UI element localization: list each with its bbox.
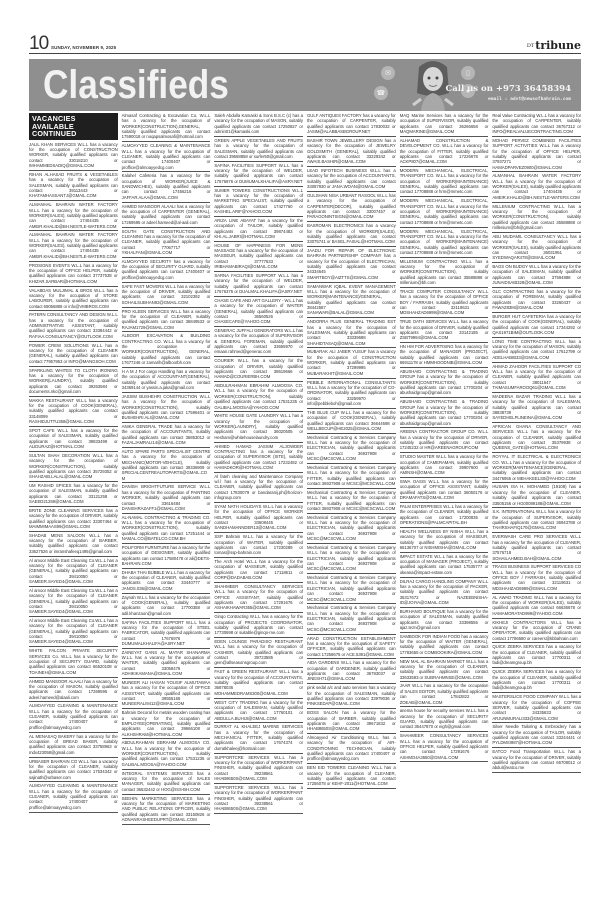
classified-ad: ROYYAL IT ELECTRICAL & ELECTRONICS CO. W… [492, 453, 581, 483]
classified-ad: MODERN MECHANICAL, ELECTRICAL, TRANSPORT… [400, 167, 489, 197]
classified-ad: FAST & GREEN RESTAURANT W.L.L has a vaca… [214, 668, 303, 698]
classified-ad: IMPACT ESTATE W.L.L has a vacancy for th… [400, 553, 489, 578]
classified-ad: Mechanical Contracting & Services Compan… [307, 489, 396, 514]
section-title-line1: VACANCIES AVAILABLE [32, 115, 115, 130]
classified-ad: TRACE COMPUTER CONSULTANCY W.L.L has a v… [400, 288, 489, 318]
classified-ad: Zaynah W.L.L has a vacancy for the occup… [122, 594, 211, 619]
classified-ad: MAQ Marine Services has a vacancy for th… [400, 113, 489, 137]
column-3: Saleh Abdulla Kamaski & Sons B.S.C (c) h… [214, 113, 303, 833]
classified-ad: Al amoor Middle East Cleaning Co.W.L.L h… [29, 617, 118, 647]
classified-ad: AL AWAD TRADING W.L.L has a vacancy for … [492, 594, 581, 619]
classified-ad: Kalahel Cafeteria has a vacancy for the … [122, 172, 211, 202]
classified-ad: SUPPORTCRE SERVICES W.L.L has a vacancy … [214, 754, 303, 784]
classified-ad: BASHIR TOWN JEWELLERY DESIGN has a vacan… [307, 137, 396, 167]
classified-ad: Al amoor Middle East Cleaning Co.W.L.L h… [29, 557, 118, 587]
classified-ad: HUSAIN ISA H. MOHAMED (19108) has a vaca… [492, 483, 581, 508]
classified-ad: COURIER W.L.L has a vacancy for the occu… [214, 357, 303, 382]
classified-ad: WHITE HOUSE GATE LAUNDRY W.L.L has a vac… [214, 412, 303, 442]
classified-ad: MOHAD PERVEZ COMBINED FACILITIES SUPPORT… [492, 137, 581, 173]
classified-ad: ANDORRA PLUS GENERAL TRADING EST has a v… [307, 318, 396, 348]
classified-ad: SARNA FACILITIES SUPPORT W.L.L has a vac… [214, 272, 303, 297]
classified-ad: VALABDAS MULJIMAL & BROS W.L.L has a vac… [29, 287, 118, 312]
classified-ad: The Arch Hotel W.L.L has a vacancy for t… [214, 558, 303, 583]
classified-ad: Mechanical Contracting & Services Compan… [307, 434, 396, 464]
classified-ad: Ginqo Contracting W.L.L has a vacancy fo… [214, 613, 303, 638]
classified-ad: LEAD INFOTECH BUSINESS W.L.L has a vacan… [307, 167, 396, 192]
classified-ad: anema house for security services W.L.L … [400, 707, 489, 732]
classified-ad: PEBBLE INTERNATIONAL CONSULTANTS W.L.L h… [307, 379, 396, 409]
classified-ad: Bahrain Decoral for metals wooden coatin… [122, 709, 211, 739]
classified-ad: WHITE FALCON PRIVATE SECURITY SERVICES C… [29, 647, 118, 677]
classified-ad: NEW MAL AL BAHRAIN MARKET W.L.L has a va… [400, 658, 489, 683]
classified-ad: Al amoor Middle East Cleaning Co.W.L.L h… [29, 587, 118, 617]
classified-ad: BRITE ZONE CLEANING SERVICES has a vacan… [29, 507, 118, 532]
ad-list: Almasaf Contracting & Excavation Co. W.L… [122, 113, 211, 825]
classified-ad: ALMANHAL BAHRAIN WATER FACTORY W.L.L has… [29, 201, 118, 231]
classified-ad: Saleh Abdulla Kamaski & Sons B.S.C (c) h… [214, 113, 303, 137]
page-date: SUNDAY, NOVEMBER 9, 2025 [51, 45, 116, 50]
classified-ad: DILRAJ CARGO HANDLING COMPANY W.L.L has … [400, 578, 489, 608]
classified-ad: KIKHEJI CONTRACTORS W.L.L has a vacancy … [492, 619, 581, 644]
classified-ad: SOUTH GATE CONSTRUCTION AND CLEANING has… [122, 228, 211, 258]
classified-ad: Almasaf Contracting & Excavation Co. W.L… [122, 113, 211, 142]
classified-ad: AHMED HAMAD JASSIM ALJOWDER CONTRACTING … [214, 443, 303, 473]
classified-ad: WEST CITY TRADING has a vacancy for the … [214, 699, 303, 724]
classified-ad: SEEHIN MARKETING SERVICES has a vacancy … [122, 795, 211, 825]
classified-ad: Mechanical Contracting & Services Compan… [307, 544, 396, 574]
classified-ad: AHMAD ZAHOOR FACILITIES SUPPORT CO W.L.L… [492, 363, 581, 393]
classified-ad: SHADAB MENS SALOON W.L.L has a vacancy f… [29, 532, 118, 557]
classified-ad: GULF ANTIQUES FACTORY has a vacancy for … [307, 113, 396, 137]
section-heading: VACANCIES AVAILABLE CONTINUED [29, 113, 118, 140]
classified-ad: GREEN APPLE VEGETABLES AND FRUITS has a … [214, 137, 303, 162]
classified-ad: RIHAN ALHASAD FRUITS & VEGETABLES has a … [29, 171, 118, 201]
classified-ad: GLC CONTRACTING has a vacancy for the oc… [492, 288, 581, 313]
classified-ad: SAMANWAR IQBAL EVENT MANAGEMENT W.L.L ha… [307, 283, 396, 319]
classified-ad: SSP Bahrain W.L.L has a vacancy for the … [214, 533, 303, 558]
classified-ad: JASSIM BUSHEHRI CONSTRUCTION W.L.L has a… [122, 393, 211, 423]
classified-ad: AUTO SPARE PARTS SPECIALIST CENTRE has a… [122, 448, 211, 484]
classified-ad: ALMOAYYED CLEANING & MAINTENANCE W.L.L h… [122, 142, 211, 172]
classified-ad: BOSS SALON has a vacancy for the occupat… [307, 709, 396, 734]
classifieds-banner: Classifieds ✉ ☎ ▯ ● Call us on +973 3645… [29, 59, 581, 111]
classified-ad: DHABA THAI BUBBLE W.L.L has a vacancy fo… [122, 569, 211, 594]
classified-ad: SYAM NATH HOLIDAYS W.L.L has a vacancy f… [214, 503, 303, 533]
classified-ad: SULTAN SHAH DECORATION W.L.L has a vacan… [29, 452, 118, 482]
classified-ad: MASTERSLICE FOOD COMPANY W.L.L has a vac… [492, 693, 581, 723]
call-us-text: Call us on +973 36458394 [445, 84, 571, 94]
phone-icon: ☎ [374, 86, 388, 100]
column-2: Almasaf Contracting & Excavation Co. W.L… [122, 113, 211, 833]
classified-ad: QUICK ZEBRA SERVICES has a vacancy for t… [492, 643, 581, 668]
column-6: Real Value Contracting W.L.L has a vacan… [492, 113, 581, 833]
classified-ad: ABUSHAID CONTRACTING & TRADING GROUP has… [400, 398, 489, 428]
classified-ad: Almoayyed Air Conditioning W.L.L has a v… [307, 734, 396, 764]
classified-ad: Al fateh cleaning and Maintenance Compan… [214, 473, 303, 503]
column-5: MAQ Marine Services has a vacancy for th… [400, 113, 489, 833]
classified-ad: AL-NAMAL CONTRACTING & TRADING CO. W.L.L… [122, 514, 211, 544]
classified-ad: ABDULRAHMAN EBRAHIM ALMOOSA CO. W.L.L ha… [122, 739, 211, 769]
classified-ad: POWER CREW SOLUTIONS W.L.L has a vacancy… [29, 342, 118, 367]
classified-ad: SAFINA FACILITIES SUPPORT W.L.L has a va… [122, 619, 211, 649]
classified-ad: MILLENIUM CONTRACTING W.L.L has a vacanc… [492, 203, 581, 233]
classified-ad: STUDIO MASTER W.L.L has a vacancy for th… [400, 453, 489, 478]
classified-ad: JAADU FOR REPAIR OF ELECTRONIC BAHRAIN P… [307, 247, 396, 283]
classified-ad: SAMBOOK FOR INDIAN FOOD has a vacancy fo… [400, 633, 489, 658]
classified-ad: SHAHMEER CONSULTANCY SERVICES W.L.L has … [214, 583, 303, 613]
classified-ad: MODERN MECHANICAL, ELECTRICAL, TRANSPORT… [400, 228, 489, 258]
classified-ad: DURRAT AL KHALEEJ MARINE SERVICES has a … [214, 723, 303, 753]
classified-ad: ABDULRAHMAN EBRAHIM ALMOOSA CO. W.L.L ha… [214, 382, 303, 412]
brand-prefix: DT [527, 43, 534, 49]
classified-ad: URBASER BAHRAIN CO W.L.L has a vacancy f… [29, 758, 118, 783]
section-title-line2: CONTINUED [32, 130, 115, 138]
classified-ad: ANIKA GENERAL TRADE has a vacancy for th… [122, 423, 211, 448]
classified-ad: Silver Needle Tailoring & Embroidery has… [492, 723, 581, 748]
brand-logo: DTtribune [527, 39, 581, 52]
classified-ad: Mechanical Contracting & Services Compan… [307, 514, 396, 544]
classified-ad: PATERN CONSULTANCY AND DESIGN W.L.L has … [29, 311, 118, 341]
classified-ad: ABUSHAID CONTRACTING & TRADING GROUP has… [400, 368, 489, 398]
classified-ad: SPARKLING WHITES TO CLOTH IRONING has a … [29, 367, 118, 397]
classified-ad: H A M J For cargo Handling has a vacancy… [122, 368, 211, 393]
classified-ad: ABU MUDAMIL CONSULTANCY W.L.L has a vaca… [492, 233, 581, 263]
classified-ad: ALHAMAD CONSTRUCTION & DEVELOPMENT CO. W… [400, 137, 489, 167]
classified-ad: SUMER TOWERS CONSTRUCTIONS W.L.L has a v… [214, 187, 303, 217]
ad-list: JALIL KHAN SERVICES W.L.L has a vacancy … [29, 142, 118, 813]
classified-ad: ALBOOR EXCAVATION & BUILDING CONTRACTING… [122, 332, 211, 368]
classified-ad: MADEENA BAZAR TRADING W.L.L has a vacanc… [492, 393, 581, 423]
classified-ad: SUPPORTCRE SERVICES W.L.L has a vacancy … [214, 784, 303, 814]
classified-ad: POLIFORM FURNITURE has a vacancy for the… [122, 544, 211, 569]
classified-ad: DANISH BRIGHTFUTURE SERVICE W.L.L has a … [122, 483, 211, 513]
classified-ad: Mechanical Contracting & Services Compan… [307, 464, 396, 489]
classified-ad: BURGER HUT CAFETERIA has a vacancy for t… [492, 313, 581, 338]
classified-ad: BURHANIO BOUTIQUE has a vacancy for the … [400, 608, 489, 633]
classified-ad: QUICK ZEBRA SERVICES has a vacancy for t… [492, 668, 581, 693]
classified-ad: ARAD CONSTRUCTION ESTABLISHMENT has a va… [307, 635, 396, 660]
ad-list: MAQ Marine Services has a vacancy for th… [400, 113, 489, 762]
classified-ad: AFRICAN GHANA CONSULTANCY AND SERVICES W… [492, 423, 581, 453]
classified-ad: ALMOAYYED CLEANING & MAINTENANCE W.L.L h… [29, 702, 118, 732]
classified-ad: EDEN LOUNGE PARADISO RESTAURANT W.L.L ha… [214, 638, 303, 668]
classified-ad: Mechanical Contracting & Services Compan… [307, 604, 396, 634]
classified-ad: JALIL KHAN SERVICES W.L.L has a vacancy … [29, 142, 118, 171]
classified-ad: AHMED MANSOOR ALAALI has a vacancy for t… [29, 678, 118, 703]
ad-list: Real Value Contracting W.L.L has a vacan… [492, 113, 581, 773]
classified-ad: SHAHMEER CONSULTANCY SERVICES W.L.L has … [400, 732, 489, 762]
classified-ad: AL MENASAQ BAKERY has a vacancy for the … [29, 733, 118, 758]
classified-ad: GULSHAN NISA URBANT RASOOL W.L.L has a v… [307, 192, 396, 222]
classified-ad: AREENA CONTRACTOR GROUP CO. W.L.L has a … [400, 428, 489, 453]
classified-ad: ALMOAYYED SECURITY has a vacancy for the… [122, 258, 211, 283]
classified-ad: PROSIGNS EVENTS W.L.L has a vacancy for … [29, 262, 118, 287]
classified-ad: Real Value Contracting W.L.L has a vacan… [492, 113, 581, 137]
page-number: 10 [29, 34, 48, 54]
classified-ad: GENERAC JUFFALI GENERATORS W.L.L has a v… [214, 327, 303, 357]
classified-ad: PALM ENTERPRISES W.L.L has a vacancy for… [400, 503, 489, 528]
classified-ad: TRUE OATH SERVICES W.L.L has a vacancy f… [400, 318, 489, 343]
classified-ad: EVERWASH CARE PRO SERVICES W.L.L has a v… [492, 533, 581, 563]
classified-ad: pink sedal a/c and auto services has a v… [307, 684, 396, 709]
classified-ad: HEALTH WELLNESS BY NISHA W.L.L has a vac… [400, 528, 489, 553]
mail-icon: ✉ [381, 66, 395, 80]
mobile-icon: ▯ [461, 66, 475, 80]
classified-ad: MODERN MECHANICAL, ELECTRICAL, TRANSPORT… [400, 197, 489, 227]
classified-ad: SIWA OASIS W.L.L has a vacancy for the o… [400, 478, 489, 503]
classified-ad: MILLENIUM CONTRACTING W.L.L has a vacanc… [400, 258, 489, 288]
column-1: VACANCIES AVAILABLE CONTINUED JALIL KHAN… [29, 113, 118, 833]
classified-ad: EATCO Food Transportation W.L.L has a va… [492, 748, 581, 773]
classified-ad: BAGS ON BUDGY W.L.L has a vacancy for th… [492, 263, 581, 288]
ad-list: GULF ANTIQUES FACTORY has a vacancy for … [307, 113, 396, 789]
classifieds-columns: VACANCIES AVAILABLE CONTINUED JALIL KHAN… [29, 113, 581, 833]
banner-title: Classifieds [43, 63, 229, 107]
classified-ad: BASROMAN ELECTRONICS has a vacancy for t… [307, 222, 396, 247]
classified-ad: SAFE FAST MOVERS W.L.L has a vacancy for… [122, 283, 211, 308]
classified-ad: SPOT CAFE W.L.L has a vacancy for the oc… [29, 427, 118, 452]
classified-ad: CHASE CAFE AND ART GALLERY - W.L.L has a… [214, 297, 303, 327]
classified-ad: JAAR W.L.L has a vacancy for the occupat… [400, 682, 489, 707]
classified-ad: HOUSE OF HAPPINESS FOR MENS MASSAGE has … [214, 242, 303, 272]
classified-ad: ARIZA LINE ABAYAT has a vacancy for the … [214, 217, 303, 242]
classified-ad: AHMED MANSOOR ALAALI has a vacancy for t… [122, 203, 211, 228]
classified-ad: ZAINEYAT GANS AL MATAR SHANARMA W.L.L ha… [122, 649, 211, 679]
masthead: 10 SUNDAY, NOVEMBER 9, 2025 DTtribune [29, 36, 581, 54]
classified-ad: MUBARAK ALI JABER YUSUF has a vacancy fo… [307, 348, 396, 378]
classified-ad: MUNEER ALI HASAN YOUSIF ALMUTAWAA has a … [122, 679, 211, 709]
classified-ad: ALMANHAL BAHRAIN WATER FACTORY W.L.L has… [492, 172, 581, 202]
column-4: GULF ANTIQUES FACTORY has a vacancy for … [307, 113, 396, 833]
classified-ad: TRAGS BUSINESS SUPPORT SERVICES CO W.L.L… [492, 563, 581, 593]
ad-list: Saleh Abdulla Kamaski & Sons B.S.C (c) h… [214, 113, 303, 814]
classified-ad: HN HM FOR ADVERTISING has a vacancy for … [400, 343, 489, 368]
classified-ad: THE BLUE CUP W.L.L has a vacancy for the… [307, 409, 396, 434]
classified-ad: ALMANHAL BAHRAIN WATER FACTORY W.L.L has… [29, 231, 118, 261]
classified-ad: UM RASHID SPICES has a vacancy for the o… [29, 482, 118, 507]
classified-ad: PRO KLEEN SERVICES W.L.L has a vacancy f… [122, 308, 211, 333]
classified-ad: AIDA GARDENS W.L.L has a vacancy for the… [307, 659, 396, 684]
brand-name: tribune [535, 39, 581, 52]
classified-ad: ALMOAYYED CLEANING & MAINTENANCE W.L.L h… [29, 782, 118, 812]
classified-ad: S.K. INTERNATIONAL W.L.L has a vacancy f… [492, 508, 581, 533]
classified-ad: LONG TIME CONTRACTING W.L.L has a vacanc… [492, 338, 581, 363]
classified-ad: BEN EID TOWERS CLEANING W.L.L has a vaca… [307, 764, 396, 789]
classified-ad: SAFINA FACILITIES SUPPORT W.L.L has a va… [214, 162, 303, 187]
classified-ad: Mechanical Contracting & Services Compan… [307, 574, 396, 604]
classified-ad: MAKKA RESTAURANT W.L.L has a vacancy for… [29, 397, 118, 427]
contact-email[interactable]: email : advt@newsofbahrain.com [488, 97, 571, 102]
classified-ad: INTEGRAL SYSTEMS SERVICES has a vacancy … [122, 770, 211, 795]
